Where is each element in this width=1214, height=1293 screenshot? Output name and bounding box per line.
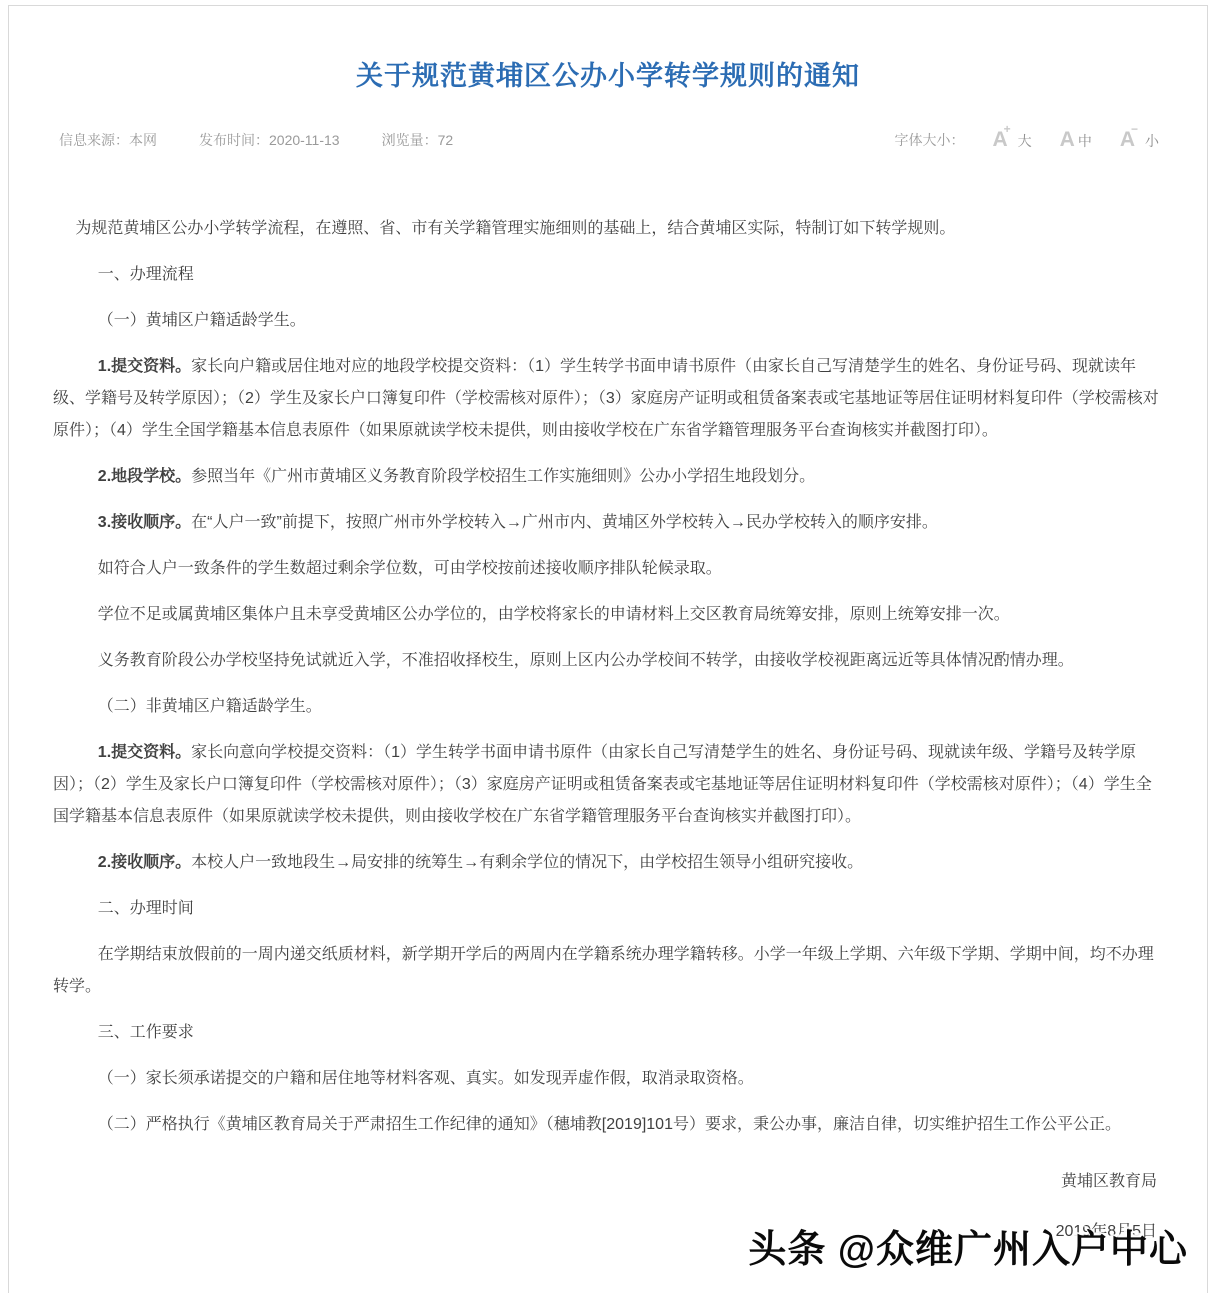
font-a-plus-icon: A+ xyxy=(992,129,1010,150)
paragraph-district-school: 2.地段学校。参照当年《广州市黄埔区义务教育阶段学校招生工作实施细则》公办小学招… xyxy=(53,461,1159,493)
paragraph-text: （二）非黄埔区户籍适龄学生。 xyxy=(98,698,322,715)
paragraph-bold-lead: 3.接收顺序。 xyxy=(98,514,191,531)
signature-organization: 黄埔区教育局 xyxy=(9,1167,1157,1197)
paragraph-text: 一、办理流程 xyxy=(98,266,194,283)
font-size-control: 字体大小： A+ 大 A 中 A− 小 xyxy=(894,129,1159,151)
paragraph-admission-order-2: 2.接收顺序。本校人户一致地段生→局安排的统筹生→有剩余学位的情况下，由学校招生… xyxy=(53,847,1159,879)
meta-info: 信息来源：本网 发布时间：2020-11-13 浏览量：72 xyxy=(59,130,453,150)
paragraph-text: 义务教育阶段公办学校坚持免试就近入学，不准招收择校生，原则上区内公办学校间不转学… xyxy=(98,652,1074,669)
info-source: 信息来源：本网 xyxy=(59,130,157,150)
paragraph-text: 在“人户一致”前提下，按照广州市外学校转入→广州市内、黄埔区外学校转入→民办学校… xyxy=(191,514,938,531)
paragraph-bold-lead: 1.提交资料。 xyxy=(98,358,191,375)
paragraph-materials-1: 1.提交资料。家长向户籍或居住地对应的地段学校提交资料：（1）学生转学书面申请书… xyxy=(53,351,1159,447)
paragraph-text: 家长向意向学校提交资料：（1）学生转学书面申请书原件（由家长自己写清楚学生的姓名… xyxy=(53,744,1152,825)
paragraph-admission-order-1: 3.接收顺序。在“人户一致”前提下，按照广州市外学校转入→广州市内、黄埔区外学校… xyxy=(53,507,1159,539)
subsection-heading-2: （二）非黄埔区户籍适龄学生。 xyxy=(53,691,1159,723)
subsection-heading: （一）黄埔区户籍适龄学生。 xyxy=(53,305,1159,337)
view-count: 浏览量：72 xyxy=(382,130,454,150)
paragraph-honesty: （一）家长须承诺提交的户籍和居住地等材料客观、真实。如发现弄虚作假，取消录取资格… xyxy=(53,1063,1159,1095)
paragraph-overall-arrange: 学位不足或属黄埔区集体户且未享受黄埔区公办学位的，由学校将家长的申请材料上交区教… xyxy=(53,599,1159,631)
font-size-medium-label: 中 xyxy=(1078,131,1092,151)
paragraph-text: 学位不足或属黄埔区集体户且未享受黄埔区公办学位的，由学校将家长的申请材料上交区教… xyxy=(98,606,1010,623)
paragraph-bold-lead: 1.提交资料。 xyxy=(98,744,191,761)
paragraph-no-school-choice: 义务教育阶段公办学校坚持免试就近入学，不准招收择校生，原则上区内公办学校间不转学… xyxy=(53,645,1159,677)
paragraph-bold-lead: 2.接收顺序。 xyxy=(98,854,191,871)
paragraph-text: 三、工作要求 xyxy=(98,1024,194,1041)
paragraph-intro: 为规范黄埔区公办小学转学流程，在遵照、省、市有关学籍管理实施细则的基础上，结合黄… xyxy=(53,213,1159,245)
paragraph-discipline: （二）严格执行《黄埔区教育局关于严肃招生工作纪律的通知》（穗埔教[2019]10… xyxy=(53,1109,1159,1141)
paragraph-text: （一）黄埔区户籍适龄学生。 xyxy=(98,312,306,329)
font-a-icon: A xyxy=(1060,129,1071,150)
publish-time: 发布时间：2020-11-13 xyxy=(199,130,340,150)
paragraph-text: 为规范黄埔区公办小学转学流程，在遵照、省、市有关学籍管理实施细则的基础上，结合黄… xyxy=(75,220,955,237)
font-size-large-label: 大 xyxy=(1018,131,1032,151)
paragraph-text: （一）家长须承诺提交的户籍和居住地等材料客观、真实。如发现弄虚作假，取消录取资格… xyxy=(98,1070,754,1087)
paragraph-text: 本校人户一致地段生→局安排的统筹生→有剩余学位的情况下，由学校招生领导小组研究接… xyxy=(191,854,863,871)
paragraph-text: 二、办理时间 xyxy=(98,900,194,917)
font-size-label: 字体大小： xyxy=(894,130,964,150)
font-size-small-button[interactable]: A− 小 xyxy=(1120,129,1159,151)
signature-date: 2019年8月5日 xyxy=(9,1217,1157,1247)
signature-block: 黄埔区教育局 2019年8月5日 xyxy=(9,1155,1207,1247)
page-title: 关于规范黄埔区公办小学转学规则的通知 xyxy=(9,6,1207,93)
font-size-medium-button[interactable]: A 中 xyxy=(1060,129,1092,151)
meta-bar: 信息来源：本网 发布时间：2020-11-13 浏览量：72 字体大小： A+ … xyxy=(9,129,1207,151)
paragraph-bold-lead: 2.地段学校。 xyxy=(98,468,191,485)
section-heading-1: 一、办理流程 xyxy=(53,259,1159,291)
section-heading-3: 三、工作要求 xyxy=(53,1017,1159,1049)
font-size-small-label: 小 xyxy=(1145,131,1159,151)
font-a-minus-icon: A− xyxy=(1120,129,1138,150)
paragraph-text: 家长向户籍或居住地对应的地段学校提交资料：（1）学生转学书面申请书原件（由家长自… xyxy=(53,358,1159,439)
paragraph-text: （二）严格执行《黄埔区教育局关于严肃招生工作纪律的通知》（穗埔教[2019]10… xyxy=(98,1116,1121,1133)
paragraph-text: 参照当年《广州市黄埔区义务教育阶段学校招生工作实施细则》公办小学招生地段划分。 xyxy=(191,468,815,485)
paragraph-text: 如符合人户一致条件的学生数超过剩余学位数，可由学校按前述接收顺序排队轮候录取。 xyxy=(98,560,722,577)
font-size-large-button[interactable]: A+ 大 xyxy=(992,129,1031,151)
paragraph-queue: 如符合人户一致条件的学生数超过剩余学位数，可由学校按前述接收顺序排队轮候录取。 xyxy=(53,553,1159,585)
paragraph-timing: 在学期结束放假前的一周内递交纸质材料，新学期开学后的两周内在学籍系统办理学籍转移… xyxy=(53,939,1159,1003)
article-body: 为规范黄埔区公办小学转学流程，在遵照、省、市有关学籍管理实施细则的基础上，结合黄… xyxy=(9,213,1207,1141)
paragraph-materials-2: 1.提交资料。家长向意向学校提交资料：（1）学生转学书面申请书原件（由家长自己写… xyxy=(53,737,1159,833)
paragraph-text: 在学期结束放假前的一周内递交纸质材料，新学期开学后的两周内在学籍系统办理学籍转移… xyxy=(53,946,1154,995)
section-heading-2: 二、办理时间 xyxy=(53,893,1159,925)
notice-page: 关于规范黄埔区公办小学转学规则的通知 信息来源：本网 发布时间：2020-11-… xyxy=(8,5,1208,1293)
